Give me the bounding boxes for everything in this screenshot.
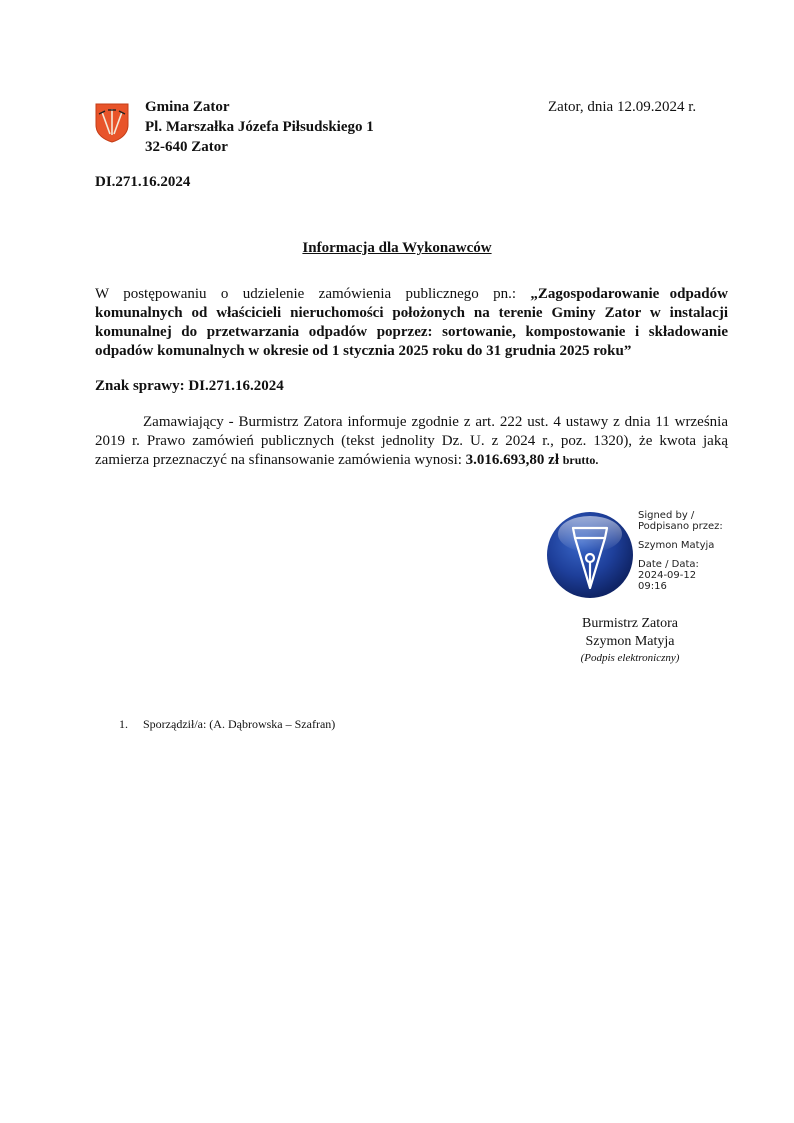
signature-time: 09:16 bbox=[638, 581, 723, 592]
signed-by-label: Signed by / bbox=[638, 510, 723, 521]
issuer-street: Pl. Marszałka Józefa Piłsudskiego 1 bbox=[145, 117, 374, 137]
paragraph-procurement: W postępowaniu o udzielenie zamówienia p… bbox=[95, 285, 728, 361]
signer-name: Szymon Matyja bbox=[638, 540, 723, 551]
signature-note: (Podpis elektroniczny) bbox=[540, 651, 720, 666]
paragraph-amount: Zamawiający - Burmistrz Zatora informuje… bbox=[95, 413, 728, 470]
footer-list: 1.Sporządził/a: (A. Dąbrowska – Szafran) bbox=[119, 717, 335, 732]
issuer-postcode-city: 32-640 Zator bbox=[145, 137, 374, 157]
signatory-name: Szymon Matyja bbox=[540, 633, 720, 651]
amount-statement: Zamawiający - Burmistrz Zatora informuje… bbox=[95, 414, 728, 468]
paragraph-intro: W postępowaniu o udzielenie zamówienia p… bbox=[95, 286, 530, 302]
issuer-name: Gmina Zator bbox=[145, 97, 374, 117]
list-number: 1. bbox=[119, 717, 143, 732]
coat-of-arms-icon bbox=[95, 103, 129, 143]
signed-by-label-pl: Podpisano przez: bbox=[638, 521, 723, 532]
signature-date: 2024-09-12 bbox=[638, 570, 723, 581]
place-date: Zator, dnia 12.09.2024 r. bbox=[548, 97, 696, 117]
signature-details: Signed by / Podpisano przez: Szymon Maty… bbox=[638, 510, 723, 592]
case-number: Znak sprawy: DI.271.16.2024 bbox=[95, 378, 284, 395]
list-item: 1.Sporządził/a: (A. Dąbrowska – Szafran) bbox=[119, 717, 335, 732]
signatory-block: Burmistrz Zatora Szymon Matyja (Podpis e… bbox=[540, 615, 720, 666]
date-label: Date / Data: bbox=[638, 559, 723, 570]
amount-value: 3.016.693,80 zł bbox=[466, 452, 559, 468]
issuer-address: Gmina Zator Pl. Marszałka Józefa Piłsuds… bbox=[145, 97, 374, 157]
fountain-pen-nib-icon bbox=[545, 510, 635, 600]
signatory-position: Burmistrz Zatora bbox=[540, 615, 720, 633]
document-title: Informacja dla Wykonawców bbox=[0, 240, 794, 257]
document-reference: DI.271.16.2024 bbox=[95, 174, 190, 191]
amount-suffix: brutto. bbox=[563, 453, 599, 467]
prepared-by: Sporządził/a: (A. Dąbrowska – Szafran) bbox=[143, 717, 335, 731]
